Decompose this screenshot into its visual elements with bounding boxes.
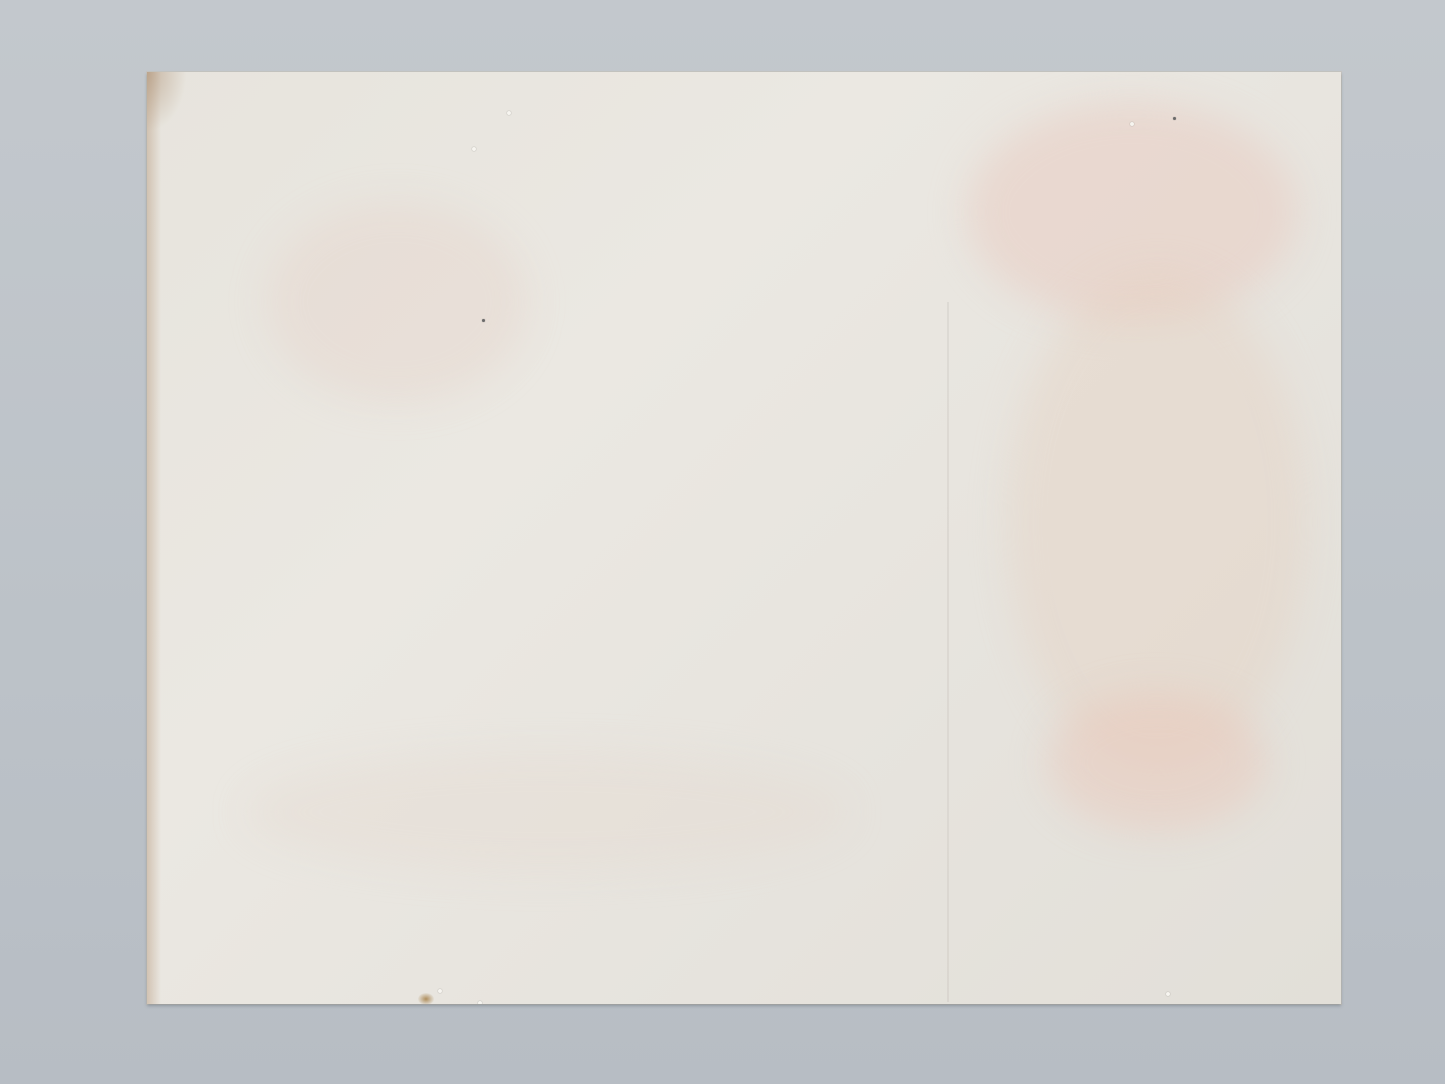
show-through-tint [267, 202, 527, 402]
pinhole [438, 989, 442, 993]
pinhole [478, 1001, 482, 1004]
pinhole [482, 319, 485, 322]
photo-background [0, 0, 1445, 1084]
pinhole [507, 111, 511, 115]
show-through-tint [247, 752, 847, 872]
pinhole [1130, 122, 1134, 126]
paper-sheet-reverse-side [147, 72, 1341, 1004]
rust-stain [418, 993, 434, 1004]
paper-aged-edge [147, 72, 161, 1004]
pinhole [472, 147, 476, 151]
pinhole [1166, 992, 1170, 996]
show-through-tint [1047, 692, 1267, 832]
paper-fold-line [947, 302, 949, 1002]
paper-corner-discoloration [147, 72, 187, 132]
pinhole [1173, 117, 1176, 120]
